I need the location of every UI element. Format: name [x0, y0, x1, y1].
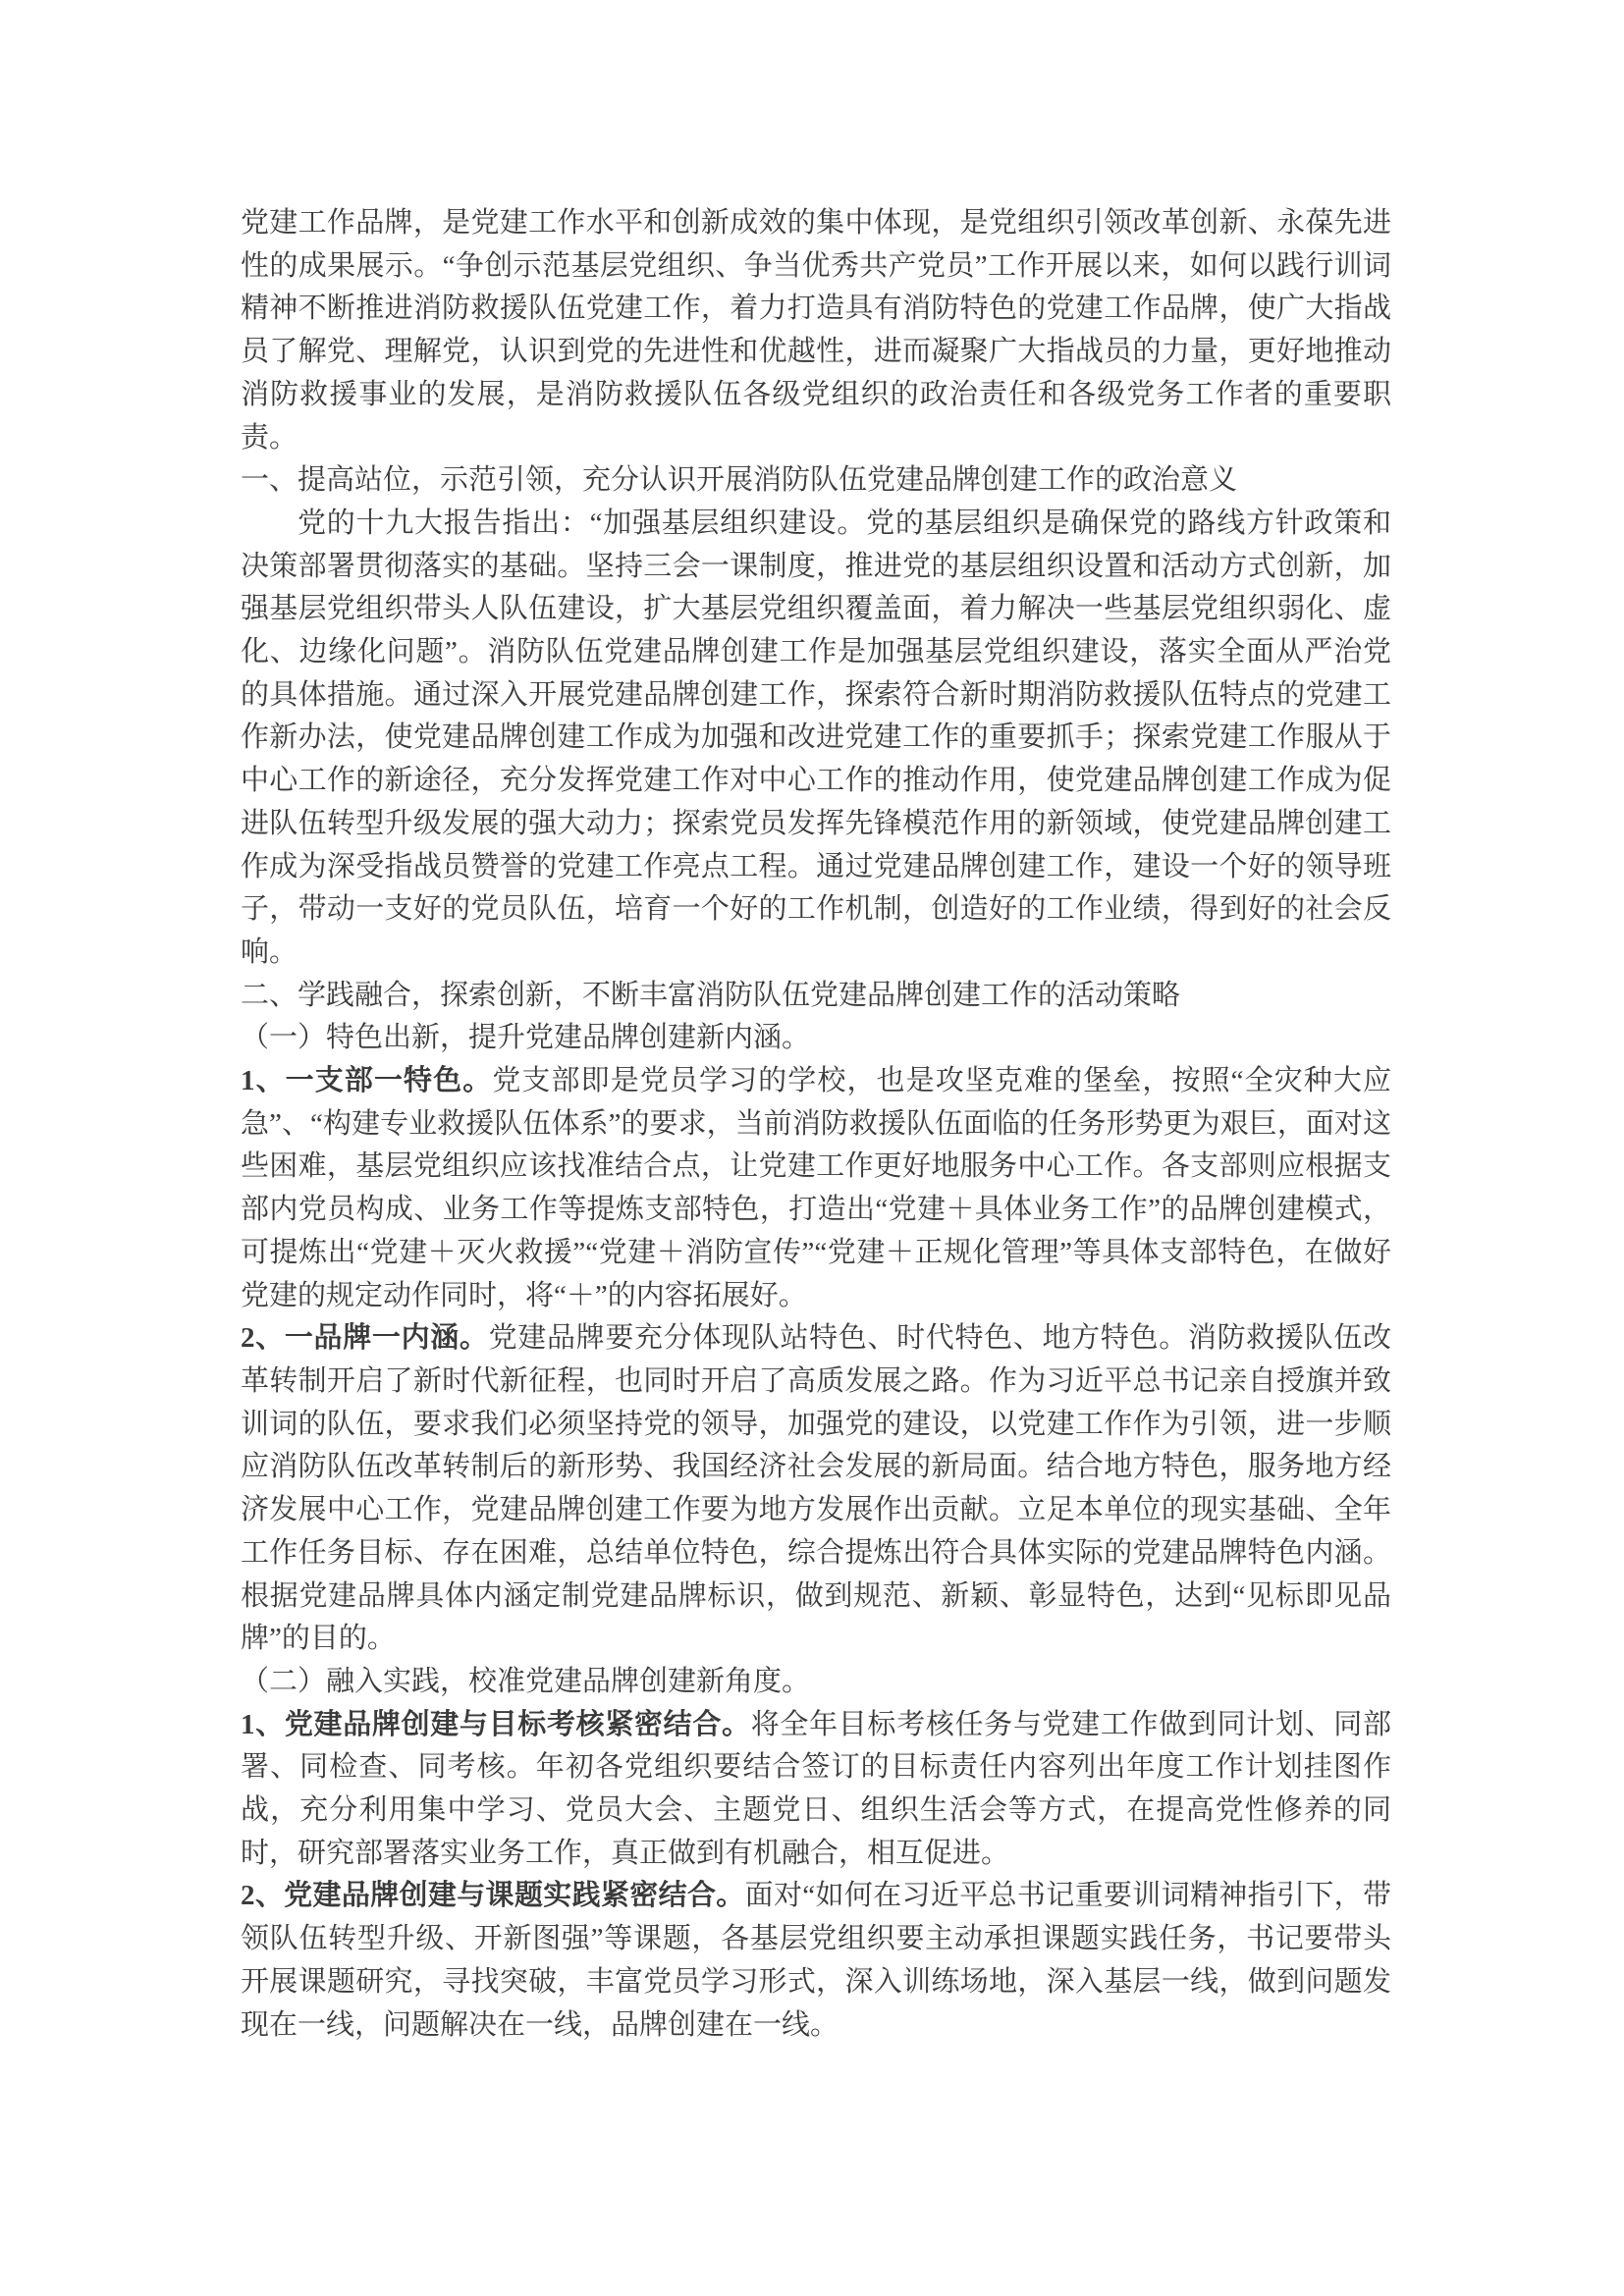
- section-1-paragraph: 党的十九大报告指出：“加强基层组织建设。党的基层组织是确保党的路线方针政策和决策…: [241, 503, 1391, 975]
- bold-text-run: 1、党建品牌创建与目标考核紧密结合。: [241, 1709, 751, 1740]
- intro-paragraph: 党建工作品牌，是党建工作水平和创新成效的集中体现，是党组织引领改革创新、永葆先进…: [241, 202, 1391, 459]
- point-2-2-1-paragraph: 1、党建品牌创建与目标考核紧密结合。将全年目标考核任务与党建工作做到同计划、同部…: [241, 1704, 1391, 1876]
- point-2-1-2-paragraph: 2、一品牌一内涵。党建品牌要充分体现队站特色、时代特色、地方特色。消防救援队伍改…: [241, 1317, 1391, 1661]
- text-run: 一、提高站位，示范引领，充分认识开展消防队伍党建品牌创建工作的政治意义: [241, 464, 1237, 496]
- document-text-area[interactable]: 党建工作品牌，是党建工作水平和创新成效的集中体现，是党组织引领改革创新、永葆先进…: [241, 202, 1391, 2047]
- bold-text-run: 1、一支部一特色。: [241, 1065, 492, 1096]
- text-run: 党建品牌要充分体现队站特色、时代特色、地方特色。消防救援队伍改革转制开启了新时代…: [241, 1322, 1391, 1654]
- text-run: （一）特色出新，提升党建品牌创建新内涵。: [241, 1022, 810, 1053]
- subsection-2-1-heading: （一）特色出新，提升党建品牌创建新内涵。: [241, 1017, 1391, 1060]
- point-2-2-2-paragraph: 2、党建品牌创建与课题实践紧密结合。面对“如何在习近平总书记重要训词精神指引下，…: [241, 1875, 1391, 2047]
- document-page: 党建工作品牌，是党建工作水平和创新成效的集中体现，是党组织引领改革创新、永葆先进…: [0, 0, 1624, 2296]
- section-2-heading: 二、学践融合，探索创新，不断丰富消防队伍党建品牌创建工作的活动策略: [241, 975, 1391, 1018]
- text-run: 二、学践融合，探索创新，不断丰富消防队伍党建品牌创建工作的活动策略: [241, 980, 1180, 1011]
- text-run: 党支部即是党员学习的学校，也是攻坚克难的堡垒，按照“全灾种大应急”、“构建专业救…: [241, 1065, 1391, 1311]
- section-1-heading: 一、提高站位，示范引领，充分认识开展消防队伍党建品牌创建工作的政治意义: [241, 459, 1391, 503]
- text-run: 党的十九大报告指出：“加强基层组织建设。党的基层组织是确保党的路线方针政策和决策…: [241, 507, 1391, 968]
- point-2-1-1-paragraph: 1、一支部一特色。党支部即是党员学习的学校，也是攻坚克难的堡垒，按照“全灾种大应…: [241, 1060, 1391, 1317]
- text-run: 党建工作品牌，是党建工作水平和创新成效的集中体现，是党组织引领改革创新、永葆先进…: [241, 207, 1391, 454]
- subsection-2-2-heading: （二）融入实践，校准党建品牌创建新角度。: [241, 1661, 1391, 1704]
- text-run: （二）融入实践，校准党建品牌创建新角度。: [241, 1666, 810, 1697]
- bold-text-run: 2、一品牌一内涵。: [241, 1322, 489, 1354]
- bold-text-run: 2、党建品牌创建与课题实践紧密结合。: [241, 1880, 745, 1911]
